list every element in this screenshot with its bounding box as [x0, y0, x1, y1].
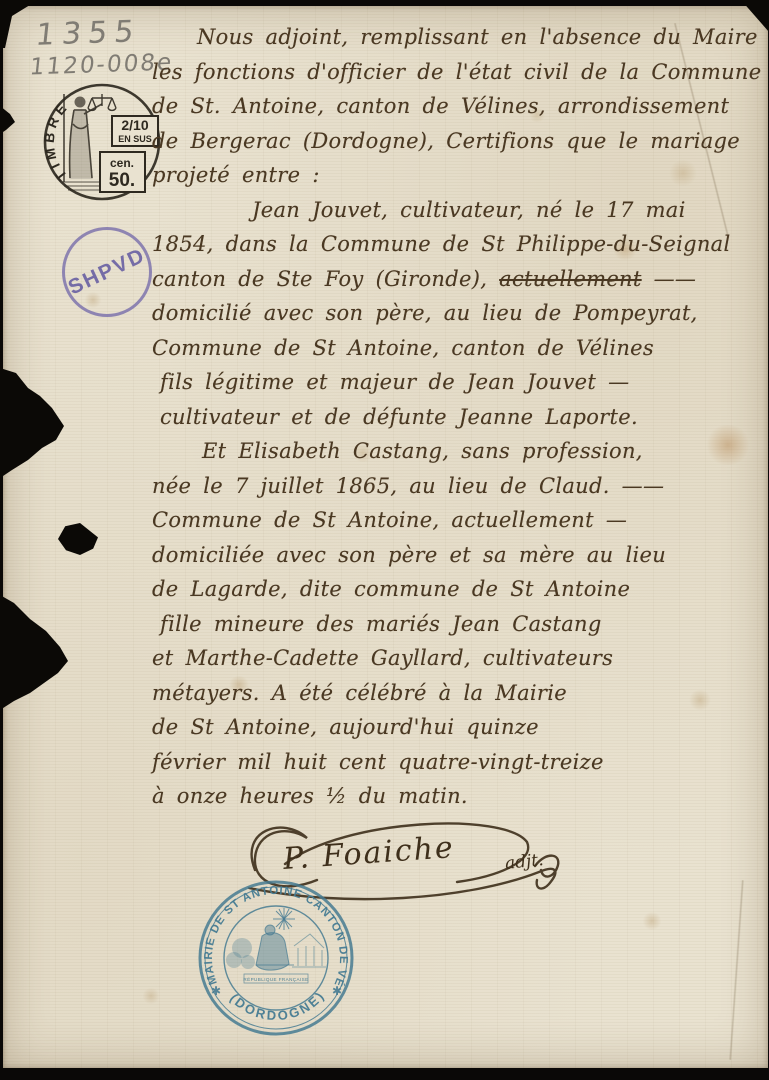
- handwritten-line-with-strike: canton de Ste Foy (Gironde), actuellemen…: [152, 262, 764, 297]
- foliage-icon: [226, 938, 255, 969]
- marianne-figure-icon: [256, 925, 294, 970]
- municipal-stamp: MAIRIE DE ST ANTOINE CANTON DE VÉLINES (…: [186, 868, 366, 1048]
- starburst-icon: [273, 908, 295, 930]
- handwritten-line: de Lagarde, dite commune de St Antoine: [152, 572, 764, 607]
- handwritten-line: née le 7 juillet 1865, au lieu de Claud.…: [152, 469, 764, 504]
- scales-icon: [88, 94, 116, 110]
- handwritten-line: fils légitime et majeur de Jean Jouvet —: [160, 365, 764, 400]
- revenue-stamp: TIMBRE 2/10 EN SUS cen. 50.: [40, 80, 165, 205]
- archive-number: 1355: [34, 14, 143, 53]
- scanned-document: { "document": { "annotations": { "code_l…: [0, 0, 769, 1080]
- handwritten-line: février mil huit cent quatre-vingt-treiz…: [152, 745, 764, 780]
- signature-suffix: adjt.: [504, 850, 544, 874]
- handwritten-body: Nous adjoint, remplissant en l'absence d…: [152, 20, 764, 814]
- handwritten-line: domiciliée avec son père et sa mère au l…: [152, 538, 764, 573]
- svg-text:(DORDOGNE): (DORDOGNE): [227, 987, 328, 1023]
- control-stamp-text: SHPVD: [65, 244, 150, 301]
- denomination-unit: cen.: [110, 156, 134, 170]
- handwritten-line: de Bergerac (Dordogne), Certifions que l…: [152, 124, 764, 159]
- handwritten-line: Et Elisabeth Castang, sans profession,: [202, 434, 764, 469]
- temple-icon: [292, 934, 326, 967]
- revenue-stamp-ring-label: TIMBRE: [41, 98, 72, 184]
- handwritten-line: de St. Antoine, canton de Vélines, arron…: [152, 89, 764, 124]
- municipal-stamp-bottom-text: (DORDOGNE): [227, 987, 328, 1023]
- handwritten-line: Commune de St Antoine, canton de Vélines: [152, 331, 764, 366]
- handwritten-line: projeté entre :: [152, 158, 764, 193]
- handwritten-line: Commune de St Antoine, actuellement —: [152, 503, 764, 538]
- handwritten-line: les fonctions d'officier de l'état civil…: [152, 55, 764, 90]
- svg-text:TIMBRE: TIMBRE: [41, 98, 72, 184]
- control-stamp: SHPVD: [62, 227, 152, 317]
- banner-text: RÉPUBLIQUE FRANÇAISE: [243, 976, 308, 982]
- surcharge-value: 2/10: [121, 117, 148, 133]
- surcharge-label: EN SUS: [118, 134, 152, 144]
- denomination-box: cen. 50.: [100, 152, 145, 192]
- handwritten-line: de St Antoine, aujourd'hui quinze: [152, 710, 764, 745]
- strike-post: ——: [642, 267, 697, 291]
- handwritten-line: fille mineure des mariés Jean Castang: [160, 607, 764, 642]
- handwritten-line: métayers. A été célébré à la Mairie: [152, 676, 764, 711]
- handwritten-line: domicilié avec son père, au lieu de Pomp…: [152, 296, 764, 331]
- star-left-icon: ✱: [211, 984, 221, 998]
- handwritten-line: 1854, dans la Commune de St Philippe-du-…: [152, 227, 764, 262]
- handwritten-line: Nous adjoint, remplissant en l'absence d…: [197, 20, 764, 55]
- handwritten-line: et Marthe-Cadette Gayllard, cultivateurs: [152, 641, 764, 676]
- handwritten-line: cultivateur et de défunte Jeanne Laporte…: [160, 400, 764, 435]
- struck-word: actuellement: [499, 267, 641, 291]
- star-right-icon: ✱: [332, 984, 342, 998]
- handwritten-line: Jean Jouvet, cultivateur, né le 17 mai: [252, 193, 764, 228]
- denomination-value: 50.: [109, 170, 135, 191]
- strike-pre: canton de Ste Foy (Gironde),: [152, 267, 499, 291]
- scan-background: 1355 1120-008e TIMBRE 2/10: [0, 0, 769, 1080]
- banner: RÉPUBLIQUE FRANÇAISE: [243, 974, 308, 983]
